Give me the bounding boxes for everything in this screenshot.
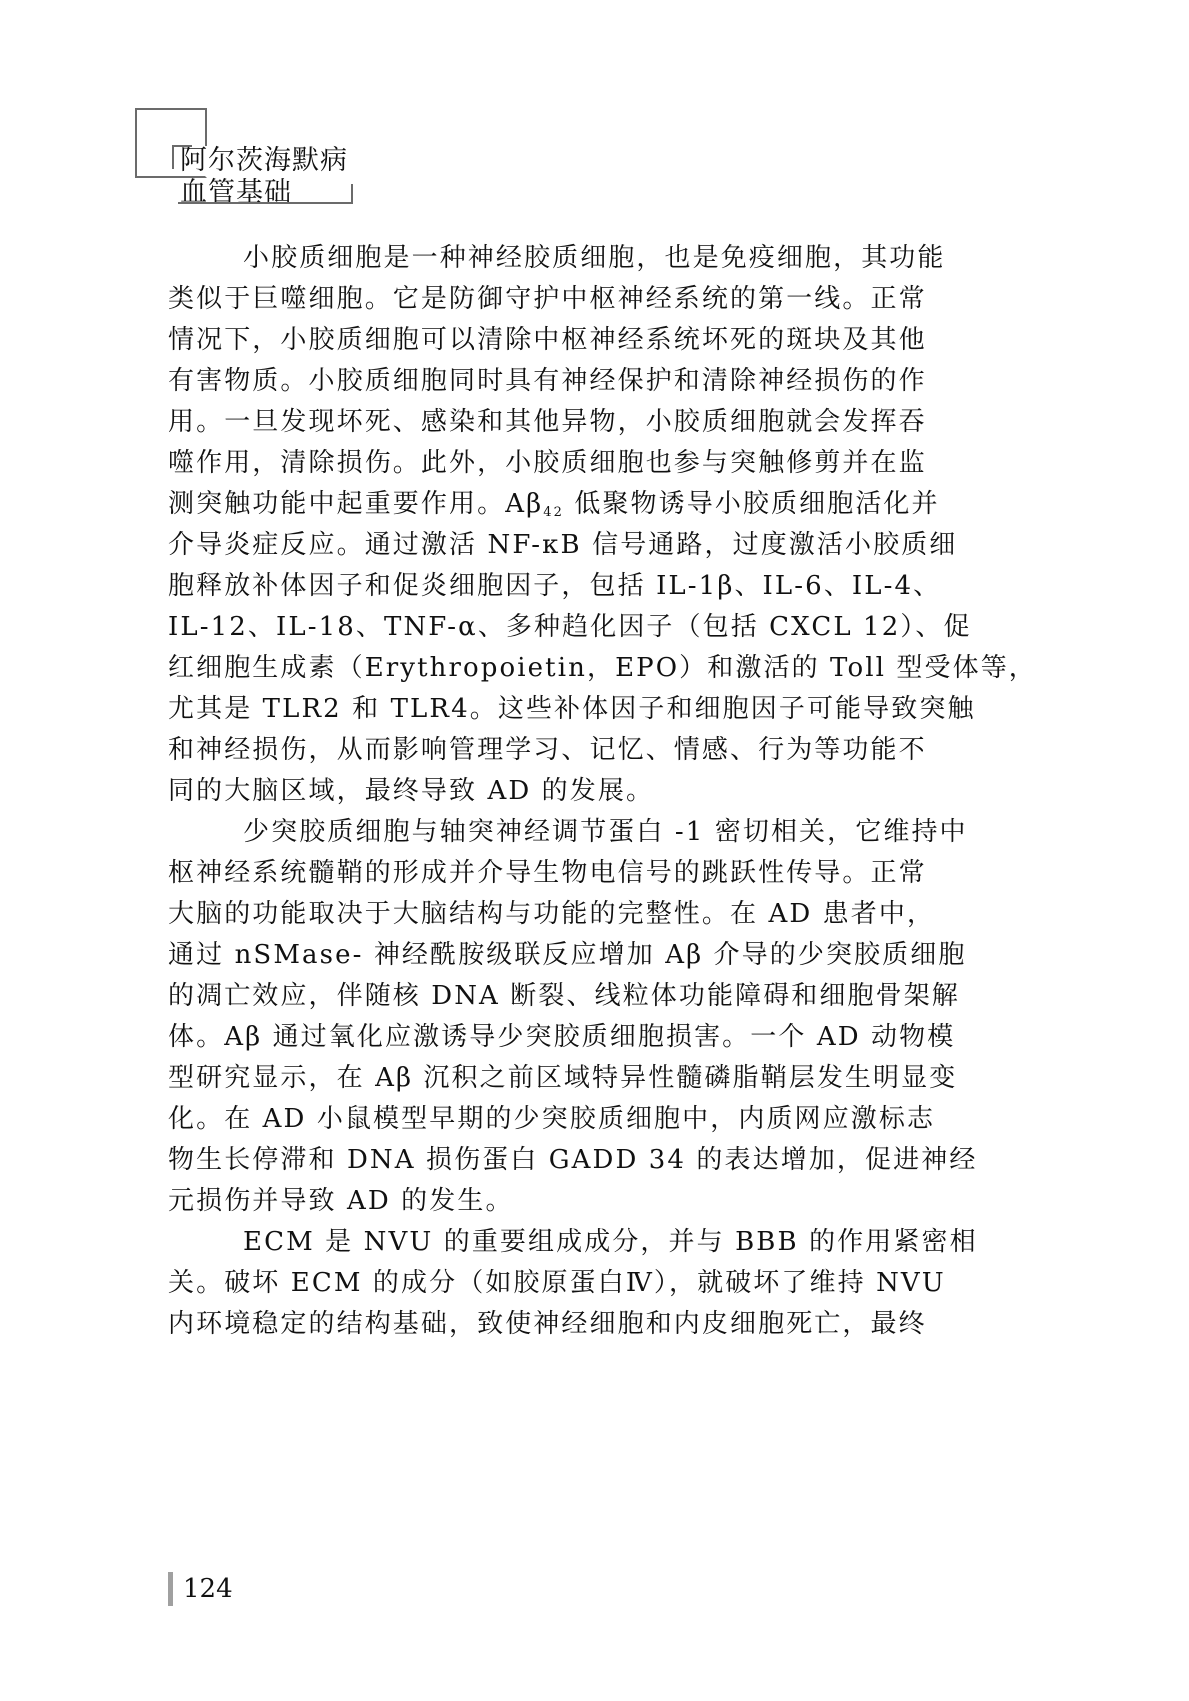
text-line: 红细胞生成素（Erythropoietin，EPO）和激活的 Toll 型受体等… (168, 648, 920, 689)
text-line: 体。Aβ 通过氧化应激诱导少突胶质细胞损害。一个 AD 动物模 (168, 1017, 920, 1058)
book-title-line2: 血管基础 (180, 177, 348, 209)
text-line: 通过 nSMase- 神经酰胺级联反应增加 Aβ 介导的少突胶质细胞 (168, 935, 920, 976)
text-line: 尤其是 TLR2 和 TLR4。这些补体因子和细胞因子可能导致突触 (168, 689, 920, 730)
text-line: 枢神经系统髓鞘的形成并介导生物电信号的跳跃性传导。正常 (168, 853, 920, 894)
text-line: ECM 是 NVU 的重要组成成分，并与 BBB 的作用紧密相 (168, 1222, 920, 1263)
page-number-bar (168, 1572, 173, 1606)
text-line: 用。一旦发现坏死、感染和其他异物，小胶质细胞就会发挥吞 (168, 402, 920, 443)
subscript: 42 (543, 505, 564, 520)
text-line: 噬作用，清除损伤。此外，小胶质细胞也参与突触修剪并在监 (168, 443, 920, 484)
text-line: 内环境稳定的结构基础，致使神经细胞和内皮细胞死亡，最终 (168, 1304, 920, 1345)
text-line: 物生长停滞和 DNA 损伤蛋白 GADD 34 的表达增加，促进神经 (168, 1140, 920, 1181)
text-line: 小胶质细胞是一种神经胶质细胞，也是免疫细胞，其功能 (168, 238, 920, 279)
text-line: 测突触功能中起重要作用。Aβ42 低聚物诱导小胶质细胞活化并 (168, 484, 920, 525)
header-rule-tick (351, 184, 353, 204)
text-line: IL-12、IL-18、TNF-α、多种趋化因子（包括 CXCL 12）、促 (168, 607, 920, 648)
text-line: 的凋亡效应，伴随核 DNA 断裂、线粒体功能障碍和细胞骨架解 (168, 976, 920, 1017)
text-line: 元损伤并导致 AD 的发生。 (168, 1181, 920, 1222)
text-line: 大脑的功能取决于大脑结构与功能的完整性。在 AD 患者中， (168, 894, 920, 935)
text-segment: 测突触功能中起重要作用。Aβ (168, 489, 543, 519)
header-rule (178, 202, 353, 204)
text-line: 和神经损伤，从而影响管理学习、记忆、情感、行为等功能不 (168, 730, 920, 771)
text-line: 关。破坏 ECM 的成分（如胶原蛋白Ⅳ），就破坏了维持 NVU (168, 1263, 920, 1304)
text-line: 胞释放补体因子和促炎细胞因子，包括 IL-1β、IL-6、IL-4、 (168, 566, 920, 607)
body-text: 小胶质细胞是一种神经胶质细胞，也是免疫细胞，其功能类似于巨噬细胞。它是防御守护中… (168, 238, 920, 1345)
book-title: 阿尔茨海默病 血管基础 (180, 145, 348, 209)
text-line: 型研究显示，在 Aβ 沉积之前区域特异性髓磷脂鞘层发生明显变 (168, 1058, 920, 1099)
page-number: 124 (183, 1572, 233, 1606)
text-line: 化。在 AD 小鼠模型早期的少突胶质细胞中，内质网应激标志 (168, 1099, 920, 1140)
text-line: 少突胶质细胞与轴突神经调节蛋白 -1 密切相关，它维持中 (168, 812, 920, 853)
text-line: 介导炎症反应。通过激活 NF-κB 信号通路，过度激活小胶质细 (168, 525, 920, 566)
book-title-line1: 阿尔茨海默病 (180, 145, 348, 177)
text-line: 有害物质。小胶质细胞同时具有神经保护和清除神经损伤的作 (168, 361, 920, 402)
header-frame-outer-right (205, 108, 207, 146)
text-line: 情况下，小胶质细胞可以清除中枢神经系统坏死的斑块及其他 (168, 320, 920, 361)
text-segment: 低聚物诱导小胶质细胞活化并 (564, 489, 940, 519)
page-footer: 124 (168, 1572, 233, 1606)
text-line: 同的大脑区域，最终导致 AD 的发展。 (168, 771, 920, 812)
text-line: 类似于巨噬细胞。它是防御守护中枢神经系统的第一线。正常 (168, 279, 920, 320)
